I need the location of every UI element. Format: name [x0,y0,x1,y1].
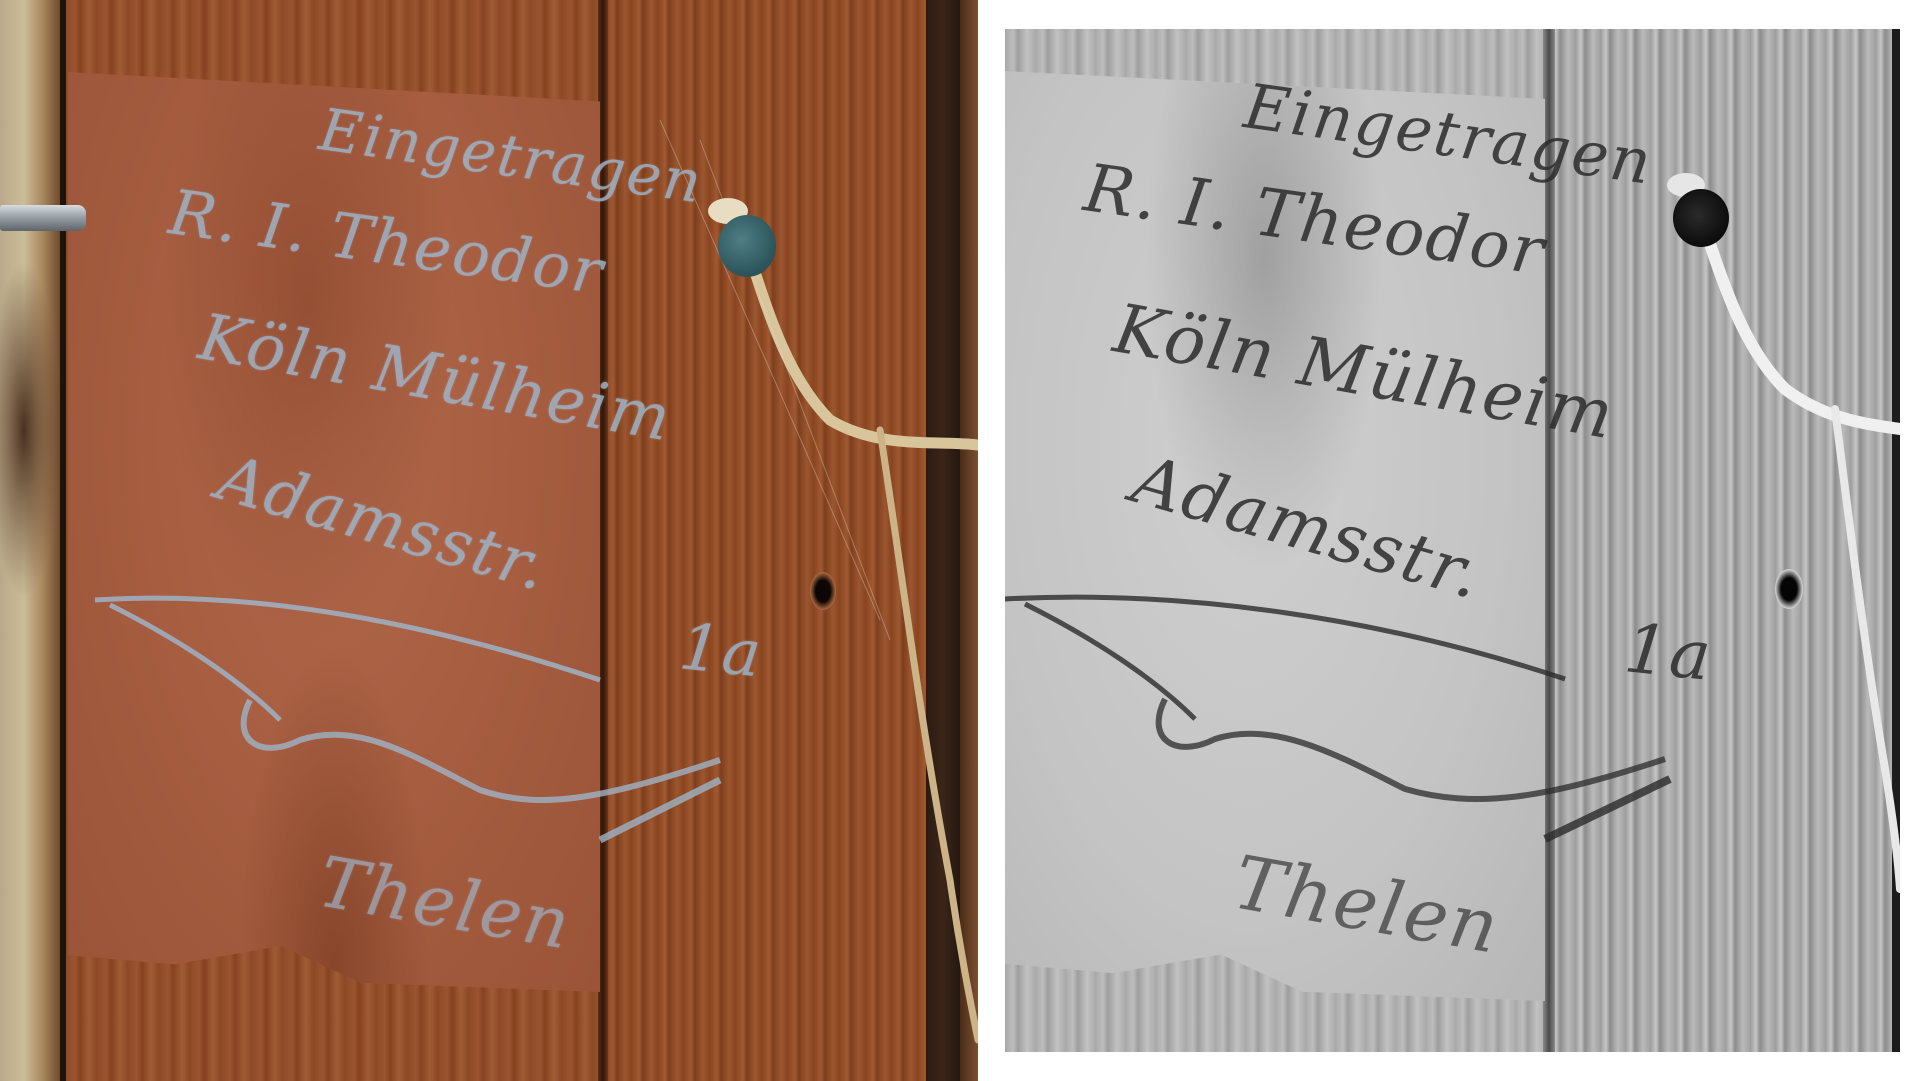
color-photo-panel: Eingetragen R. I. Theodor Köln Mülheim A… [0,0,978,1081]
grayscale-photo-panel: Eingetragen R. I. Theodor Köln Mülheim A… [1005,29,1900,1052]
